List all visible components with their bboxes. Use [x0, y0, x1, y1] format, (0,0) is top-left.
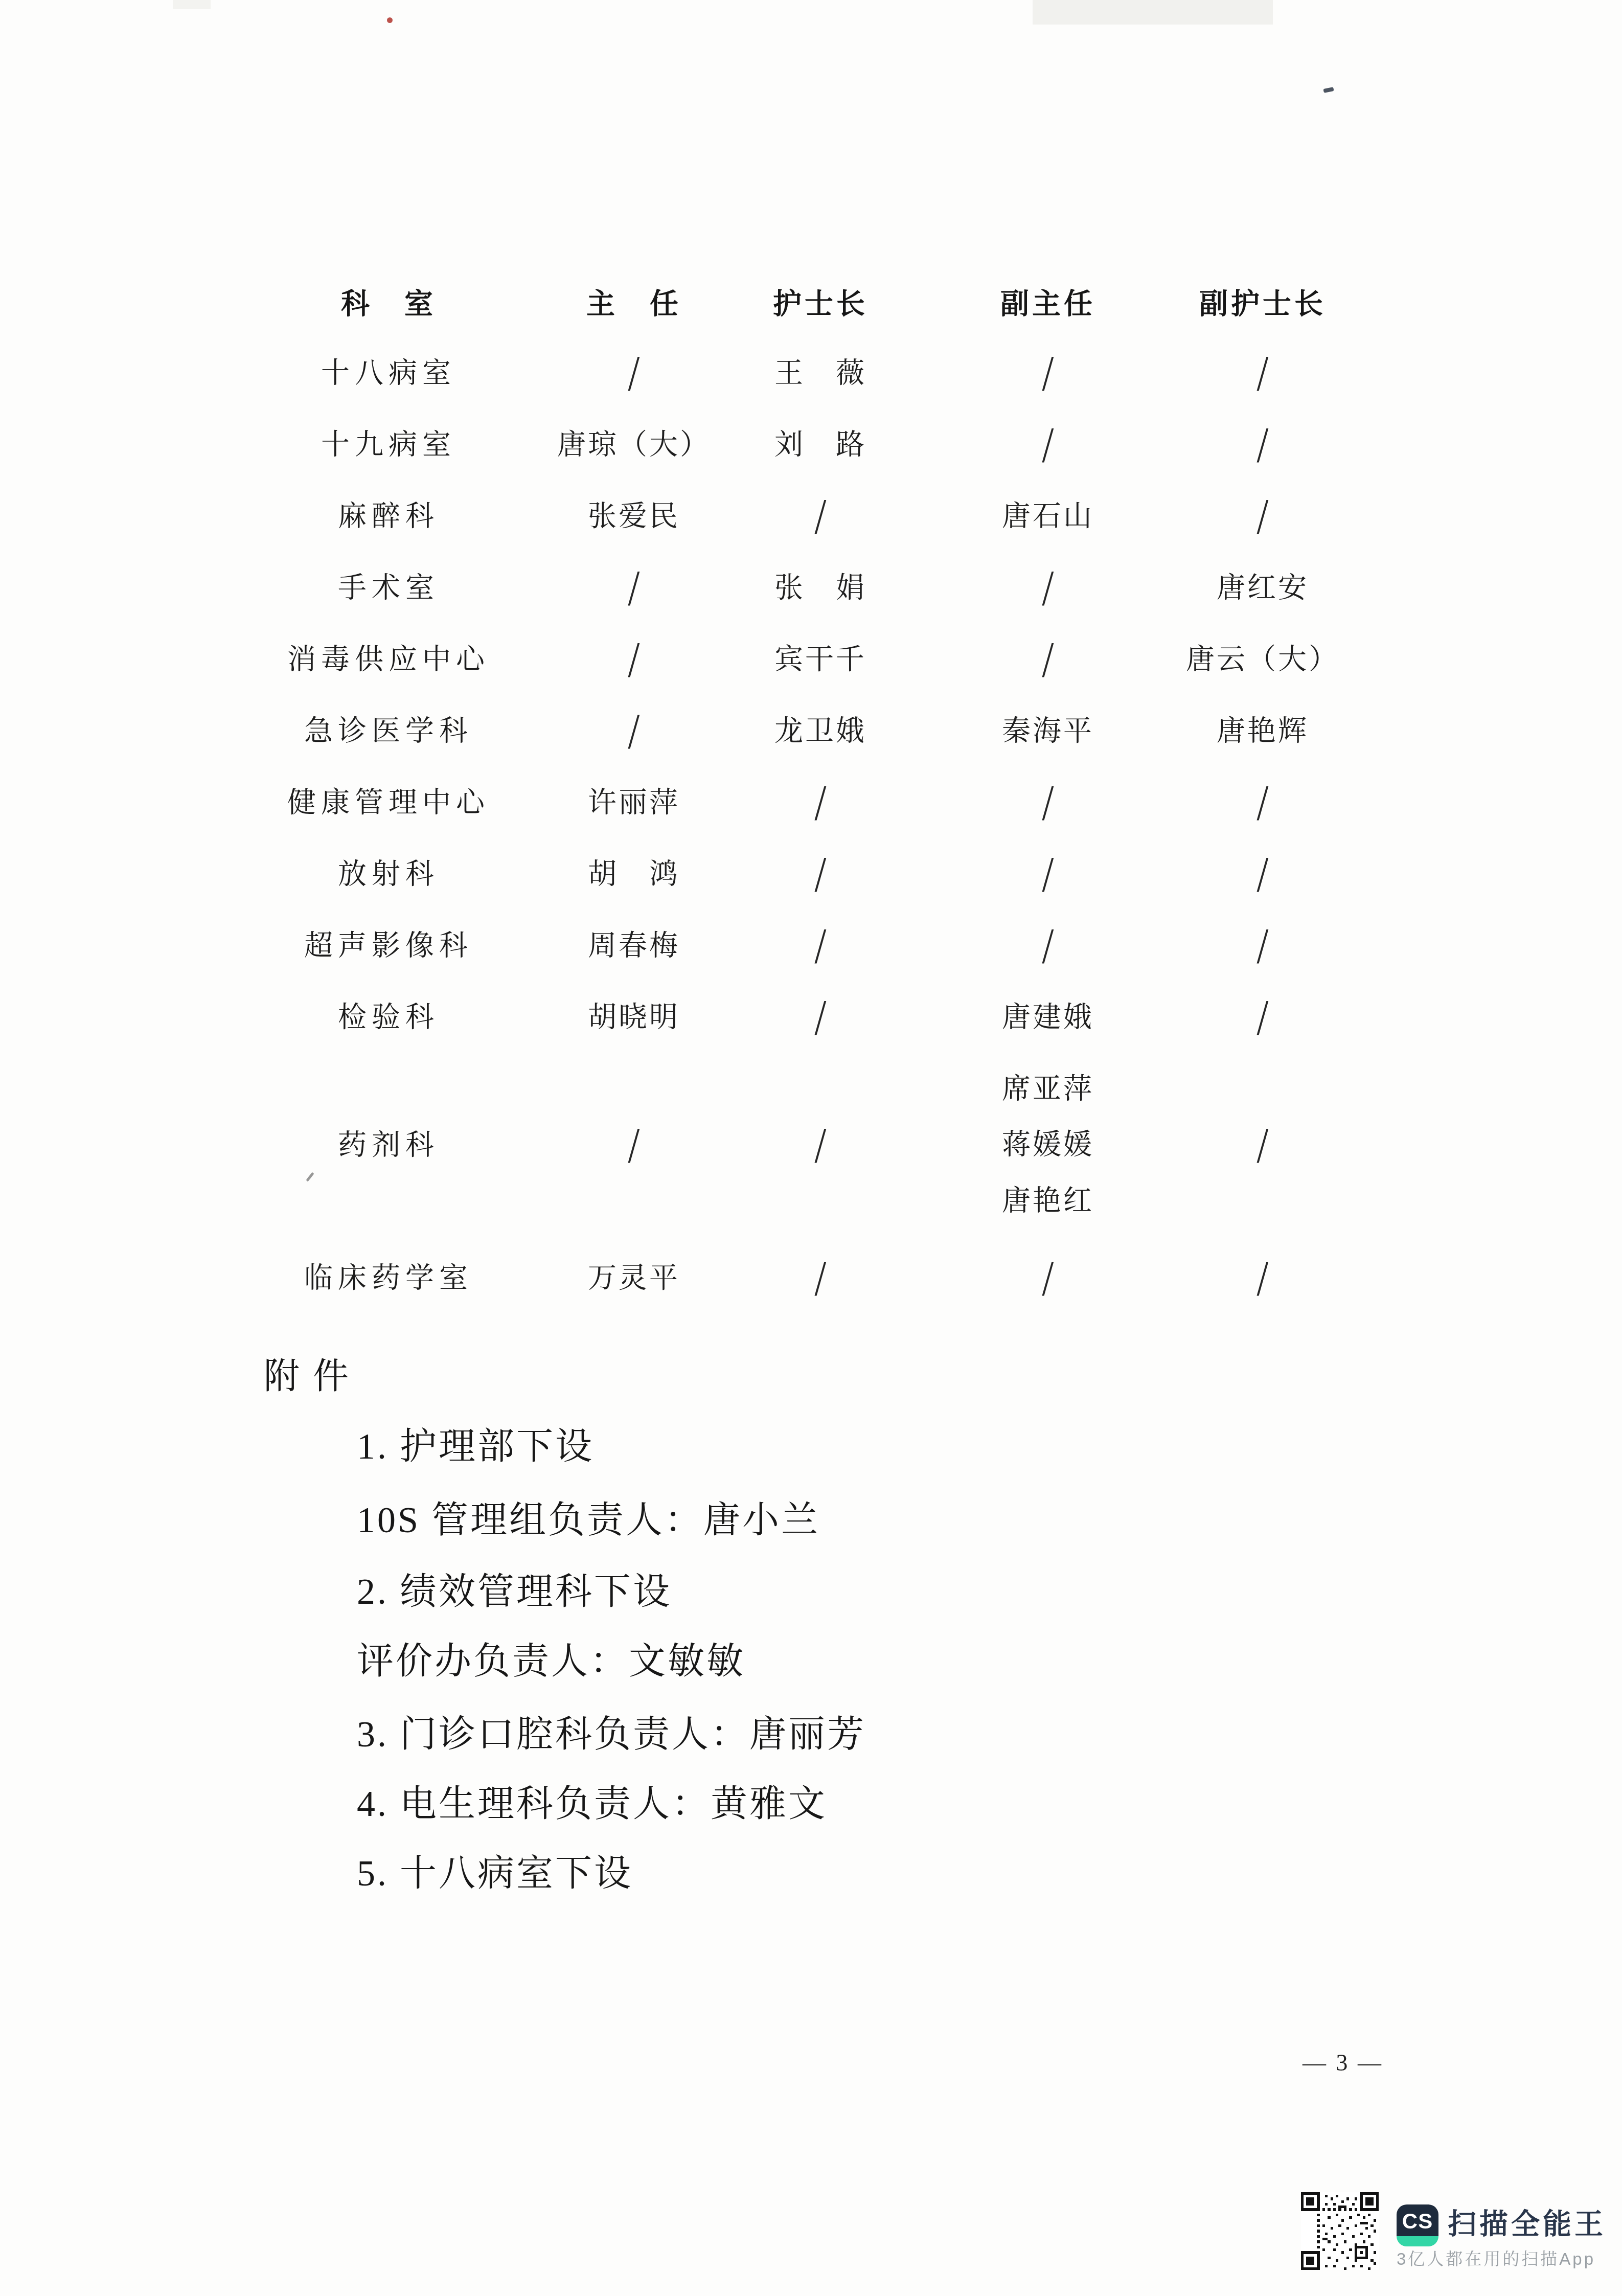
slash-mark: /	[943, 409, 1153, 481]
dept-cell: 药剂科	[230, 1053, 547, 1237]
name-cell: 许丽萍	[547, 767, 721, 838]
slash-mark: /	[1192, 481, 1334, 552]
slash-mark: /	[563, 337, 705, 409]
dept-cell: 麻醉科	[230, 481, 547, 552]
name-cell: 张 娟	[721, 552, 920, 624]
dept-cell: 急诊医学科	[230, 695, 547, 767]
dept-cell: 手术室	[230, 552, 547, 624]
qr-code	[1301, 2192, 1379, 2270]
scan-speck	[1323, 87, 1334, 93]
dept-cell: 超声影像科	[230, 910, 547, 982]
slash-mark: /	[1192, 409, 1334, 481]
slash-mark: /	[943, 838, 1153, 910]
camscanner-app-name: 扫描全能王	[1448, 2210, 1606, 2238]
slash-mark: /	[1192, 838, 1334, 910]
dept-cell: 放射科	[230, 838, 547, 910]
name-cell: 龙卫娥	[721, 695, 920, 767]
dept-cell: 检验科	[230, 982, 547, 1053]
scan-edge-band	[1033, 0, 1273, 25]
name-cell: 张爱民	[547, 481, 721, 552]
slash-mark: /	[739, 1053, 902, 1237]
name-cell: 唐建娥	[920, 982, 1176, 1053]
attachment-item: 评价办负责人：文敏敏	[357, 1643, 745, 1679]
attachment-item: 1. 护理部下设	[357, 1428, 594, 1465]
slash-mark: /	[1192, 910, 1334, 982]
slash-mark: /	[943, 624, 1153, 695]
dept-cell: 健康管理中心	[230, 767, 547, 838]
name-cell: 唐红安	[1176, 552, 1350, 624]
column-header-deputy-head-nurse: 副护士长	[1176, 271, 1350, 337]
dept-cell: 临床药学室	[230, 1237, 547, 1319]
slash-mark: /	[943, 552, 1153, 624]
slash-mark: /	[739, 767, 902, 838]
slash-mark: /	[1192, 982, 1334, 1053]
name-cell: 胡晓明	[547, 982, 721, 1053]
slash-mark: /	[563, 552, 705, 624]
slash-mark: /	[943, 1237, 1153, 1319]
slash-mark: /	[1192, 767, 1334, 838]
name-cell: 唐云（大）	[1176, 624, 1350, 695]
name-cell: 唐石山	[920, 481, 1176, 552]
slash-mark: /	[943, 337, 1153, 409]
name-cell: 唐琼（大）	[547, 409, 721, 481]
name-cell: 刘 路	[721, 409, 920, 481]
name-cell: 王 薇	[721, 337, 920, 409]
attachment-item: 5. 十八病室下设	[357, 1855, 633, 1892]
slash-mark: /	[739, 1237, 902, 1319]
name-cell: 唐艳辉	[1176, 695, 1350, 767]
name-cell: 万灵平	[547, 1237, 721, 1319]
slash-mark: /	[563, 624, 705, 695]
column-header-director: 主 任	[547, 271, 721, 337]
slash-mark: /	[739, 481, 902, 552]
name-cell: 周春梅	[547, 910, 721, 982]
camscanner-app-icon: CS	[1397, 2204, 1438, 2246]
slash-mark: /	[739, 982, 902, 1053]
column-header-deputy-director: 副主任	[920, 271, 1176, 337]
name-cell-multi: 席亚萍 蒋媛媛 唐艳红	[920, 1053, 1176, 1237]
camscanner-initials: CS	[1402, 2209, 1433, 2234]
slash-mark: /	[563, 695, 705, 767]
column-header-department: 科 室	[230, 271, 547, 337]
slash-mark: /	[1192, 1053, 1334, 1237]
name-cell: 宾干千	[721, 624, 920, 695]
scan-speck	[387, 17, 393, 23]
staff-roster-table: 科 室 主 任 护士长 副主任 副护士长 十八病室 / 王 薇 / / 十九病室…	[230, 271, 1350, 1319]
attachment-item: 3. 门诊口腔科负责人：唐丽芳	[357, 1716, 866, 1753]
slash-mark: /	[943, 910, 1153, 982]
slash-mark: /	[739, 838, 902, 910]
name-cell: 胡 鸿	[547, 838, 721, 910]
slash-mark: /	[943, 767, 1153, 838]
column-header-head-nurse: 护士长	[721, 271, 920, 337]
camscanner-tagline: 3亿人都在用的扫描App	[1397, 2250, 1595, 2267]
dept-cell: 十九病室	[230, 409, 547, 481]
scan-edge-band	[173, 0, 211, 9]
slash-mark: /	[563, 1053, 705, 1237]
dept-cell: 消毒供应中心	[230, 624, 547, 695]
slash-mark: /	[1192, 337, 1334, 409]
attachment-item: 10S 管理组负责人：唐小兰	[357, 1502, 820, 1538]
slash-mark: /	[739, 910, 902, 982]
attachment-heading: 附件	[264, 1359, 362, 1395]
attachment-item: 4. 电生理科负责人：黄雅文	[357, 1785, 827, 1822]
page-number: — 3 —	[1303, 2049, 1383, 2076]
slash-mark: /	[1192, 1237, 1334, 1319]
document-page: 科 室 主 任 护士长 副主任 副护士长 十八病室 / 王 薇 / / 十九病室…	[0, 0, 1622, 2296]
name-cell: 秦海平	[920, 695, 1176, 767]
dept-cell: 十八病室	[230, 337, 547, 409]
attachment-item: 2. 绩效管理科下设	[357, 1573, 672, 1610]
